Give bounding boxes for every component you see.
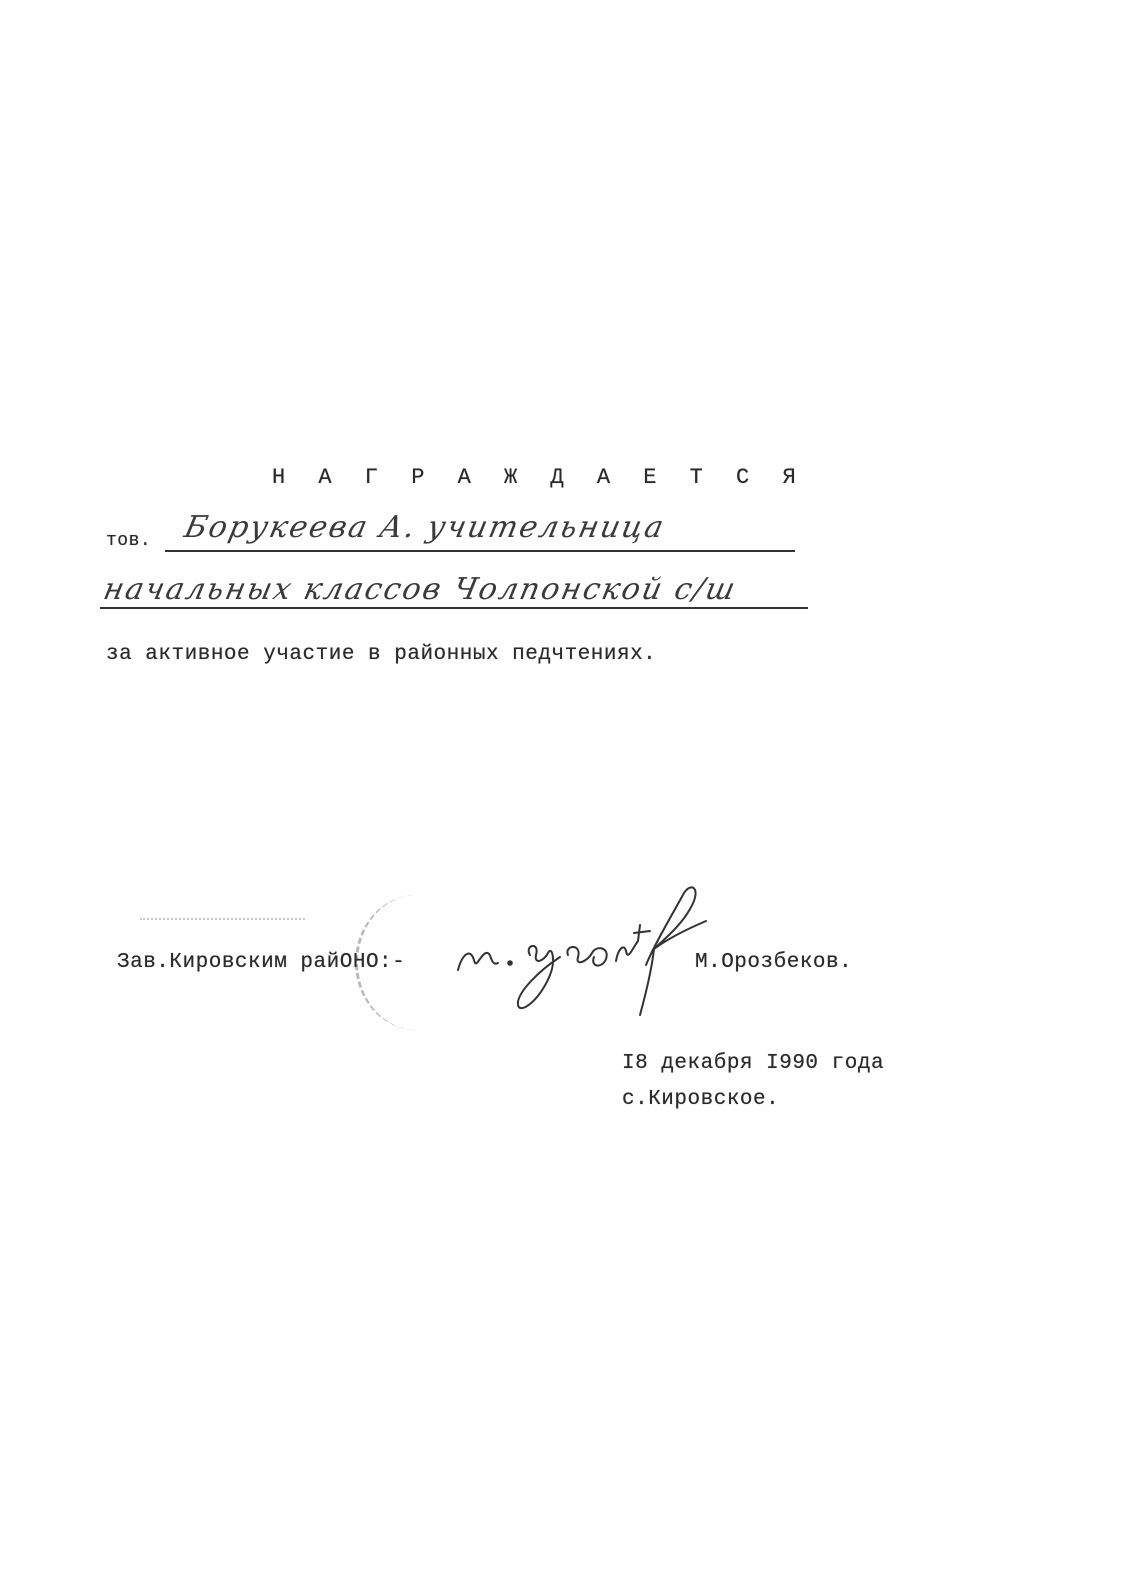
document-place: с.Кировское. xyxy=(622,1088,779,1111)
recipient-prefix: тов. xyxy=(106,531,151,551)
document-date: I8 декабря I990 года xyxy=(622,1052,884,1075)
signature-icon xyxy=(440,875,710,1025)
signer-name: М.Орозбеков. xyxy=(695,951,852,974)
recipient-handwritten-line-2: начальных классов Чолпонской с/ш xyxy=(100,572,740,607)
document-page: Н А Г Р А Ж Д А Е Т С Я тов. Борукеева А… xyxy=(0,0,1145,1593)
award-reason: за активное участие в районных педчтения… xyxy=(106,643,656,666)
recipient-handwritten-line-1: Борукеева А. учительница xyxy=(181,510,668,545)
signer-title: Зав.Кировским райОНО:- xyxy=(117,951,405,974)
faint-dotted-mark xyxy=(140,918,305,920)
document-heading: Н А Г Р А Ж Д А Е Т С Я xyxy=(272,465,806,490)
